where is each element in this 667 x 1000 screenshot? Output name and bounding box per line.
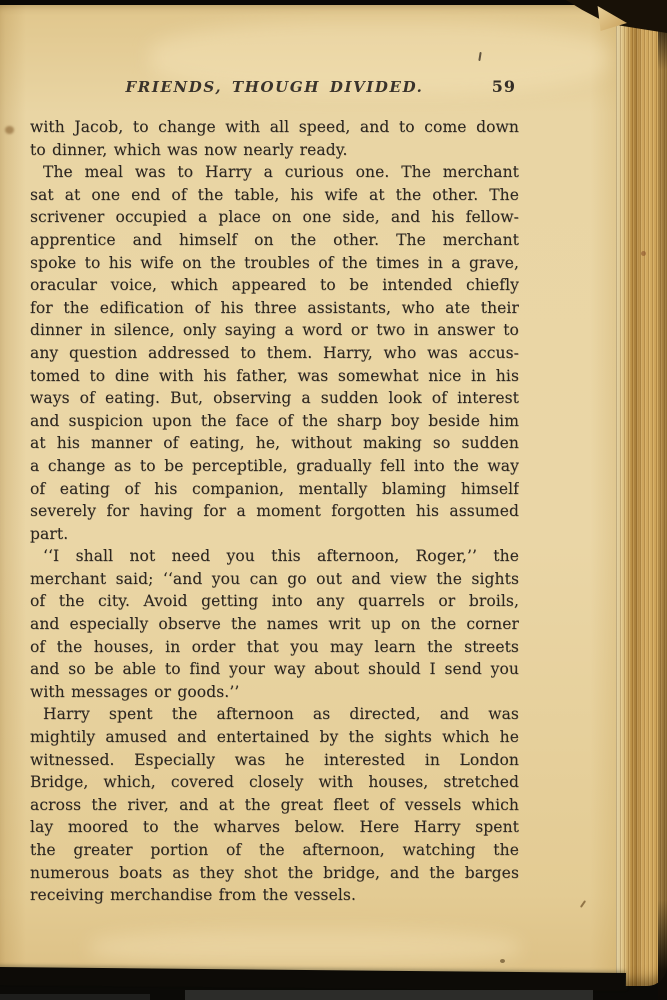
text-line: of the city. Avoid getting into any quar… <box>30 590 519 613</box>
text-line: Bridge, which, covered closely with hous… <box>30 771 519 794</box>
page-number: 59 <box>492 77 516 97</box>
scanner-bed-strip <box>0 994 150 1000</box>
scan-background-right <box>658 0 667 1000</box>
text-line: ‘‘I shall not need you this afternoon, R… <box>30 545 519 568</box>
text-line: merchant said; ‘‘and you can go out and … <box>30 568 519 591</box>
text-line: part. <box>30 523 519 546</box>
text-line: to dinner, which was now nearly ready. <box>30 139 519 162</box>
text-line: lay moored to the wharves below. Here Ha… <box>30 816 519 839</box>
paper-stain <box>5 126 14 134</box>
text-line: of the houses, in order that you may lea… <box>30 636 519 659</box>
text-line: spoke to his wife on the troubles of the… <box>30 252 519 275</box>
text-line: receiving merchandise from the vessels. <box>30 884 519 907</box>
text-line: a change as to be perceptible, gradually… <box>30 455 519 478</box>
text-line: any question addressed to them. Harry, w… <box>30 342 519 365</box>
running-header: FRIENDS, THOUGH DIVIDED. 59 <box>30 77 519 99</box>
text-line: ways of eating. But, observing a sudden … <box>30 387 519 410</box>
text-line: sat at one end of the table, his wife at… <box>30 184 519 207</box>
paper-stain <box>500 959 505 963</box>
text-line: of eating of his companion, mentally bla… <box>30 478 519 501</box>
text-line: and especially observe the names writ up… <box>30 613 519 636</box>
text-line: across the river, and at the great fleet… <box>30 794 519 817</box>
text-line: scrivener occupied a place on one side, … <box>30 206 519 229</box>
page-content: FRIENDS, THOUGH DIVIDED. 59 with Jacob, … <box>30 77 519 99</box>
text-line: dinner in silence, only saying a word or… <box>30 319 519 342</box>
text-line: oracular voice, which appeared to be int… <box>30 274 519 297</box>
text-line: the greater portion of the afternoon, wa… <box>30 839 519 862</box>
text-line: numerous boats as they shot the bridge, … <box>30 862 519 885</box>
book-page-scan: FRIENDS, THOUGH DIVIDED. 59 with Jacob, … <box>0 0 667 1000</box>
text-line: with messages or goods.’’ <box>30 681 519 704</box>
text-line: at his manner of eating, he, without mak… <box>30 432 519 455</box>
text-line: apprentice and himself on the other. The… <box>30 229 519 252</box>
text-line: mightily amused and entertained by the s… <box>30 726 519 749</box>
paper-stain <box>641 251 646 256</box>
running-header-title: FRIENDS, THOUGH DIVIDED. <box>126 78 424 96</box>
text-line: Harry spent the afternoon as directed, a… <box>30 703 519 726</box>
scanner-bed-strip <box>185 990 593 1000</box>
scan-background-top <box>0 0 667 5</box>
text-line: with Jacob, to change with all speed, an… <box>30 116 519 139</box>
text-line: tomed to dine with his father, was somew… <box>30 365 519 388</box>
text-line: severely for having for a moment forgott… <box>30 500 519 523</box>
text-line: The meal was to Harry a curious one. The… <box>30 161 519 184</box>
text-line: witnessed. Especially was he interested … <box>30 749 519 772</box>
text-line: for the edification of his three assista… <box>30 297 519 320</box>
text-line: and so be able to find your way about sh… <box>30 658 519 681</box>
scan-light-band <box>90 930 520 966</box>
page-text: with Jacob, to change with all speed, an… <box>30 116 519 907</box>
text-line: and suspicion upon the face of the sharp… <box>30 410 519 433</box>
